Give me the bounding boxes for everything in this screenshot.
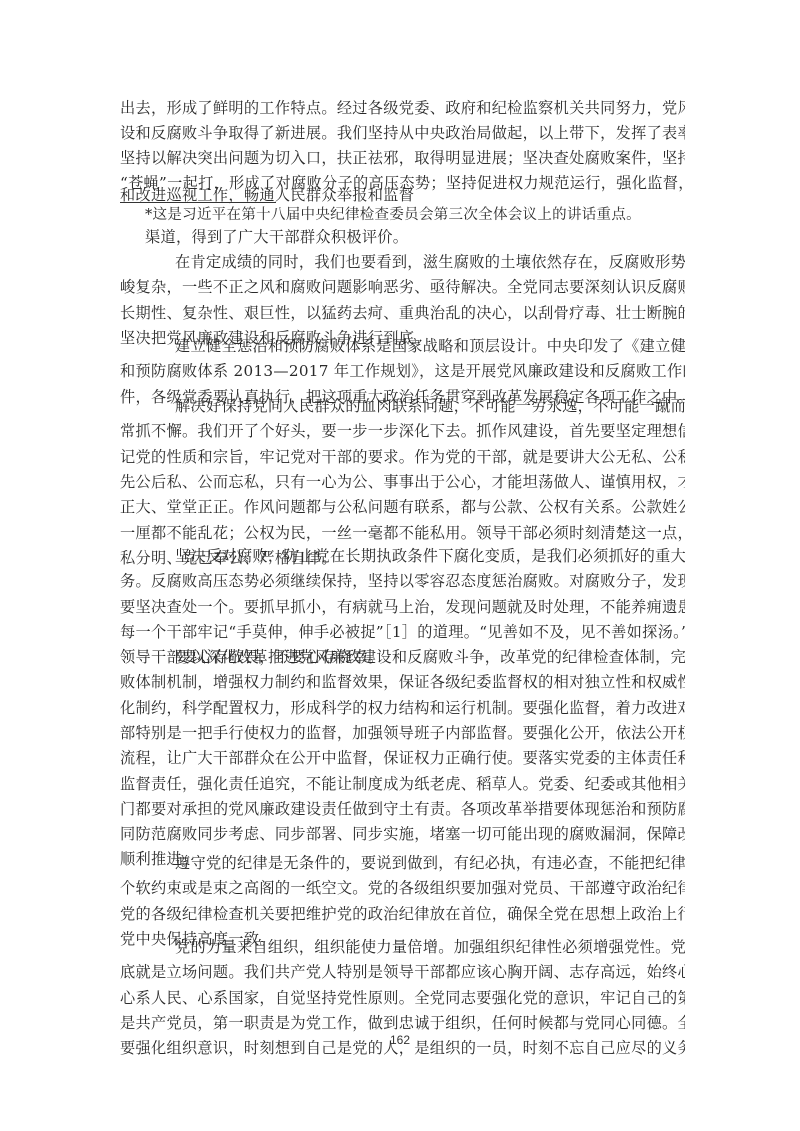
text-line: 门都要对承担的党风廉政建设责任做到守土有责。各项改革举措要体现惩治和预防腐败要求… (120, 798, 685, 820)
text-line: 是共产党员，第一职责是为党工作，做到忠诚于组织，任何时候都与党同心同德。全党同志 (120, 1012, 685, 1034)
text-line: 务。反腐败高压态势必须继续保持，坚持以零容忍态度惩治腐败。对腐败分子，发现一个就 (120, 570, 685, 592)
footnote-separator (120, 202, 276, 203)
text-line: 监督责任，强化责任追究，不能让制度成为纸老虎、稻草人。党委、纪委或其他相关职能部 (120, 773, 685, 795)
paragraph-first-line: 坚决反对腐败，防止党在长期执政条件下腐化变质，是我们必须抓好的重大政治任 (175, 545, 685, 567)
text-line: 一厘都不能乱花；公权为民，一丝一毫都不能私用。领导干部必须时刻清楚这一点，做到公 (120, 522, 685, 544)
text-line: 常抓不懈。我们开了个好头，要一步一步深化下去。抓作风建设，首先要坚定理想信念，牢 (120, 420, 685, 442)
text-line: 长期性、复杂性、艰巨性，以猛药去疴、重典治乱的决心，以刮骨疗毒、壮士断腕的勇气， (120, 302, 685, 324)
text-line: 党的各级纪律检查机关要把维护党的政治纪律放在首位，确保全党在思想上政治上行动上同 (120, 903, 685, 925)
text-line: 化制约，科学配置权力，形成科学的权力结构和运行机制。要强化监督，着力改进对领导干 (120, 697, 685, 719)
paragraph-first-line: 在肯定成绩的同时，我们也要看到，滋生腐败的土壤依然存在，反腐败形势依然严 (175, 251, 685, 273)
text-line: 流程，让广大干部群众在公开中监督，保证权力正确行使。要落实党委的主体责任和纪委的 (120, 747, 685, 769)
text-line: 底就是立场问题。我们共产党人特别是领导干部都应该心胸开阔、志存高远，始终心系党、 (120, 961, 685, 983)
text-line: 个软约束或是束之高阁的一纸空文。党的各级组织要加强对党员、干部遵守政治纪律的教育… (120, 877, 685, 899)
paragraph-first-line: 建立健全惩治和预防腐败体系是国家战略和顶层设计。中央印发了《建立健全惩治 (175, 335, 685, 357)
text-line: 要坚决查处一个。要抓早抓小，有病就马上治，发现问题就及时处理，不能养痈遗患。要让 (120, 596, 685, 618)
paragraph-first-line: 党的力量来自组织，组织能使力量倍增。加强组织纪律性必须增强党性。党性说到 (175, 936, 685, 958)
page-number: 162 (0, 1033, 800, 1047)
text-line: 部特别是一把手行使权力的监督，加强领导班子内部监督。要强化公开，依法公开权力运行 (120, 722, 685, 744)
document-page: 出去，形成了鲜明的工作特点。经过各级党委、政府和纪检监察机关共同努力，党风廉政建… (0, 0, 800, 1131)
text-line: 心系人民、心系国家，自觉坚持党性原则。全党同志要强化党的意识，牢记自己的第一身份 (120, 987, 685, 1009)
continuation-line: 渠道，得到了广大干部群众积极评价。 (145, 226, 685, 248)
text-line: 出去，形成了鲜明的工作特点。经过各级党委、政府和纪检监察机关共同努力，党风廉政建 (120, 97, 685, 119)
text-line: 和预防腐败体系 2013—2017 年工作规划》，这是开展党风廉政建设和反腐败工… (120, 360, 685, 382)
text-line: 每一个干部牢记“手莫伸，伸手必被捉”［1］的道理。“见善如不及，见不善如探汤。”… (120, 621, 685, 643)
text-line: 同防范腐败同步考虑、同步部署、同步实施，堵塞一切可能出现的腐败漏洞，保障改革健康 (120, 823, 685, 845)
text-line: 峻复杂，一些不正之风和腐败问题影响恶劣、亟待解决。全党同志要深刻认识反腐败斗争的 (120, 276, 685, 298)
text-line: 正大、堂堂正正。作风问题都与公私问题有联系，都与公款、公权有关系。公款姓公，一分 (120, 496, 685, 518)
text-line: 败体制机制，增强权力制约和监督效果，保证各级纪委监督权的相对独立性和权威性。要强 (120, 671, 685, 693)
paragraph-first-line: 要以深化改革推进党风廉政建设和反腐败斗争，改革党的纪律检查体制，完善反腐 (175, 646, 685, 668)
text-line: 坚持以解决突出问题为切入口，扶正祛邪，取得明显进展；坚决查处腐败案件，坚持“老虎… (120, 147, 685, 169)
text-line: 设和反腐败斗争取得了新进展。我们坚持从中央政治局做起，以上带下，发挥了表率作用； (120, 122, 685, 144)
paragraph-first-line: 遵守党的纪律是无条件的，要说到做到，有纪必执，有违必查，不能把纪律作为一 (175, 852, 685, 874)
footnote: *这是习近平在第十八届中央纪律检查委员会第三次全体会议上的讲话重点。 (145, 204, 685, 226)
paragraph-first-line: 解决好保持党同人民群众的血肉联系问题，不可能一劳永逸，不可能一蹴而就，要 (175, 395, 685, 417)
text-line: 记党的性质和宗旨，牢记党对干部的要求。作为党的干部，就是要讲大公无私、公私分明、 (120, 446, 685, 468)
text-line: 先公后私、公而忘私，只有一心为公、事事出于公心，才能坦荡做人、谨慎用权，才能光明 (120, 471, 685, 493)
